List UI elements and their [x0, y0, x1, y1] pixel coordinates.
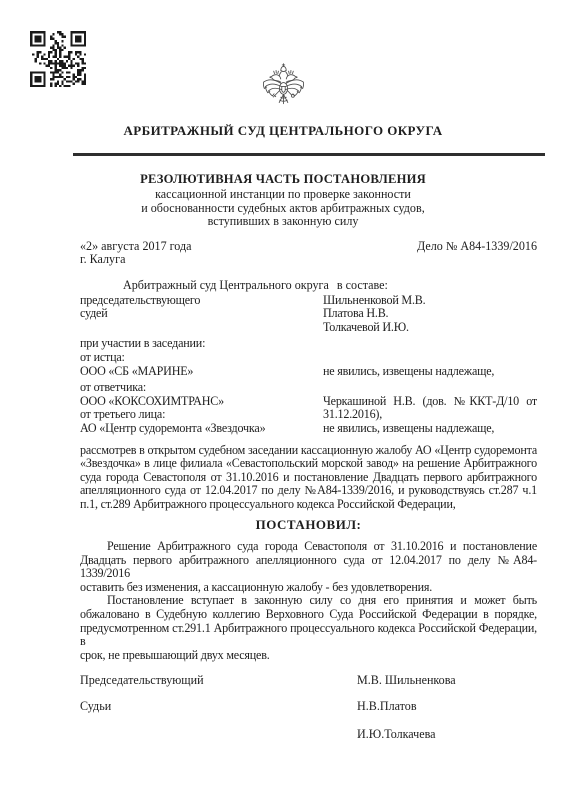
- document-title-block: РЕЗОЛЮТИВНАЯ ЧАСТЬ ПОСТАНОВЛЕНИЯ кассаци…: [0, 172, 566, 229]
- composition-role-line: ООО «СБ «МАРИНЕ»: [80, 365, 323, 379]
- composition-table: председательствующегосудейпри участии в …: [80, 294, 537, 436]
- subtitle-line: вступивших в законную силу: [0, 215, 566, 229]
- subtitle-line: кассационной инстанции по проверке закон…: [0, 188, 566, 202]
- meta-row: «2» августа 2017 года г. Калуга Дело № А…: [80, 240, 537, 267]
- coat-of-arms-icon: [260, 62, 307, 114]
- document-date: «2» августа 2017 года: [80, 240, 192, 254]
- composition-role-line: от третьего лица:: [80, 408, 323, 422]
- composition-name-line: 31.12.2016),: [323, 408, 537, 422]
- recital-line: рассмотрев в открытом судебном заседании…: [80, 444, 537, 458]
- case-number: Дело № А84-1339/2016: [417, 240, 537, 267]
- composition-name-line: Платова Н.В.: [323, 307, 537, 321]
- composition-name-line: Толкачевой И.Ю.: [323, 321, 537, 335]
- ruling-line: Двадцать первого арбитражного апелляцион…: [80, 554, 537, 581]
- signature-name: М.В. Шильненкова: [357, 674, 537, 688]
- court-name: АРБИТРАЖНЫЙ СУД ЦЕНТРАЛЬНОГО ОКРУГА: [0, 124, 566, 138]
- document-city: г. Калуга: [80, 253, 192, 267]
- composition-intro-court: Арбитражный суд Центрального округа: [123, 278, 329, 292]
- signature-name: И.Ю.Толкачева: [357, 728, 537, 742]
- composition-role-line: АО «Центр судоремонта «Звездочка»: [80, 422, 323, 436]
- recital-paragraph: рассмотрев в открытом судебном заседании…: [80, 444, 537, 512]
- document-heading: РЕЗОЛЮТИВНАЯ ЧАСТЬ ПОСТАНОВЛЕНИЯ: [0, 172, 566, 186]
- recital-line: апелляционного суда от 12.04.2017 по дел…: [80, 484, 537, 498]
- ruling-line: оставить без изменения, а кассационную ж…: [80, 581, 537, 595]
- composition-roles-column: председательствующегосудейпри участии в …: [80, 294, 323, 436]
- signature-label: Председательствующий: [80, 674, 357, 688]
- ruling-line: Решение Арбитражного суда города Севасто…: [80, 540, 537, 554]
- recital-line: п.1, ст.289 Арбитражного процессуального…: [80, 498, 537, 512]
- signature-row: Председательствующий М.В. Шильненкова: [80, 674, 537, 688]
- subtitle-line: и обоснованности судебных актов арбитраж…: [0, 202, 566, 216]
- composition-role-line: ООО «КОКСОХИМТРАНС»: [80, 395, 323, 409]
- composition-role-line: при участии в заседании:: [80, 337, 323, 351]
- appeal-line: обжаловано в Судебную коллегию Верховног…: [80, 608, 537, 622]
- composition-name-line: [323, 337, 537, 351]
- composition-intro: Арбитражный суд Центрального округав сос…: [80, 279, 537, 293]
- composition-name-line: Шильненковой М.В.: [323, 294, 537, 308]
- composition-role-line: судей: [80, 307, 323, 321]
- appeal-line: срок, не превышающий двух месяцев.: [80, 649, 537, 663]
- composition-role-line: от ответчика:: [80, 381, 323, 395]
- appeal-line: Постановление вступает в законную силу с…: [80, 594, 537, 608]
- document-subtitle: кассационной инстанции по проверке закон…: [0, 188, 566, 229]
- ruling-paragraph: Решение Арбитражного суда города Севасто…: [80, 540, 537, 594]
- composition-name-line: Черкашиной Н.В. (дов. №ККТ-Д/10 от: [323, 395, 537, 409]
- composition-role-line: [80, 321, 323, 335]
- composition-names-column: Шильненковой М.В.Платова Н.В.Толкачевой …: [323, 294, 537, 436]
- composition-name-line: не явились, извещены надлежаще,: [323, 365, 537, 379]
- signature-block: Председательствующий М.В. Шильненкова Су…: [80, 674, 537, 741]
- appeal-paragraph: Постановление вступает в законную силу с…: [80, 594, 537, 662]
- recital-line: суда города Севастополя от 31.10.2016 и …: [80, 471, 537, 485]
- signature-name: Н.В.Платов: [357, 700, 537, 714]
- composition-name-line: [323, 351, 537, 365]
- composition-role-line: от истца:: [80, 351, 323, 365]
- composition-intro-label: в составе:: [337, 278, 388, 292]
- court-document-page: АРБИТРАЖНЫЙ СУД ЦЕНТРАЛЬНОГО ОКРУГА РЕЗО…: [0, 0, 566, 800]
- signature-row: Судьи Н.В.Платов: [80, 700, 537, 714]
- resolved-heading: ПОСТАНОВИЛ:: [80, 518, 537, 532]
- signature-label: [80, 728, 357, 742]
- composition-role-line: председательствующего: [80, 294, 323, 308]
- date-city-block: «2» августа 2017 года г. Калуга: [80, 240, 192, 267]
- recital-line: «Звездочка» в лице филиала «Севастопольс…: [80, 457, 537, 471]
- divider-rule: [73, 153, 545, 156]
- composition-name-line: не явились, извещены надлежаще,: [323, 422, 537, 436]
- appeal-line: предусмотренном ст.291.1 Арбитражного пр…: [80, 622, 537, 649]
- signature-row: И.Ю.Толкачева: [80, 728, 537, 742]
- signature-label: Судьи: [80, 700, 357, 714]
- qr-code: [30, 31, 86, 87]
- composition-name-line: [323, 381, 537, 395]
